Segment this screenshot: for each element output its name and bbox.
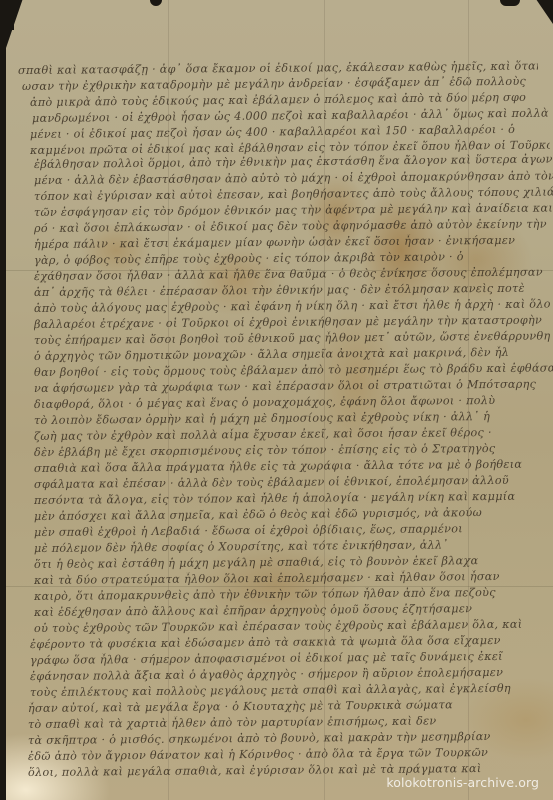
archive-watermark: kolokotronis-archive.org: [386, 775, 539, 790]
page-edge-shadow: [500, 0, 520, 6]
page-edge-shadow: [0, 0, 14, 30]
